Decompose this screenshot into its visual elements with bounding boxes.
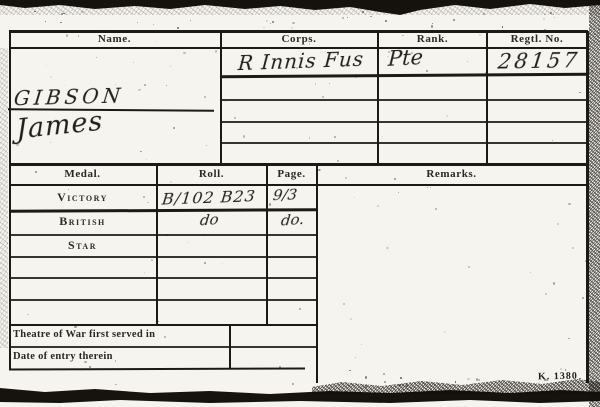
speckle-dot: [552, 140, 553, 141]
victory-page-handwritten: 9/3: [272, 186, 298, 205]
rank-handwritten: Pte: [387, 45, 423, 71]
speckle-dot: [151, 259, 153, 261]
column-divider-corps-rank: [377, 31, 379, 165]
column-divider-page-remarks: [316, 165, 318, 383]
speckle-dot: [384, 381, 386, 383]
speckle-dot: [545, 293, 547, 295]
speckle-dot: [435, 208, 437, 210]
speckle-dot: [343, 303, 345, 305]
rule-line: [9, 256, 318, 258]
speckle-dot: [560, 368, 562, 370]
speckle-dot: [582, 297, 584, 299]
british-roll-ditto-handwritten: do: [199, 210, 220, 229]
victory-roll-handwritten: B/102 B23: [161, 186, 257, 208]
speckle-dot: [138, 89, 140, 91]
rule-line: [9, 367, 305, 370]
name-column-header: Name.: [9, 33, 220, 46]
corps-column-header: Corps.: [221, 33, 377, 46]
speckle-dot: [146, 159, 147, 160]
speckle-dot: [272, 21, 275, 24]
speckle-dot: [183, 52, 186, 55]
speckle-dot: [133, 62, 135, 64]
speckle-dot: [568, 338, 570, 340]
rule-line: [221, 99, 587, 101]
speckle-dot: [430, 187, 431, 188]
speckle-dot: [467, 378, 469, 380]
rule-line: [9, 346, 318, 348]
speckle-dot: [299, 308, 302, 311]
speckle-dot: [315, 83, 317, 85]
corps-handwritten: R Innis Fus: [237, 47, 365, 75]
speckle-dot: [27, 314, 29, 316]
speckle-dot: [309, 137, 310, 138]
speckle-dot: [50, 76, 52, 78]
column-divider-medal-roll: [156, 165, 158, 325]
rule-line: [9, 324, 318, 326]
speckle-dot: [385, 20, 387, 22]
speckle-dot: [140, 89, 141, 90]
regtl-no-column-header: Regtl. No.: [488, 33, 586, 46]
speckle-dot: [337, 160, 339, 162]
speckle-dot: [354, 197, 355, 198]
speckle-dot: [386, 247, 388, 249]
speckle-dot: [579, 378, 581, 380]
speckle-dot: [50, 142, 51, 143]
speckle-dot: [361, 344, 362, 345]
column-divider-name-corps: [220, 31, 222, 165]
speckle-dot: [188, 242, 189, 243]
speckle-dot: [204, 262, 206, 264]
column-divider-roll-page: [266, 165, 268, 325]
rule-line: [9, 277, 318, 279]
surname-handwritten: GIBSON: [13, 84, 126, 111]
speckle-dot: [502, 26, 503, 27]
speckle-dot: [543, 18, 545, 20]
rule-line: [221, 121, 587, 123]
rule-line: [9, 234, 318, 236]
speckle-dot: [478, 379, 480, 381]
speckle-dot: [426, 70, 428, 72]
speckle-dot: [329, 83, 330, 84]
speckle-dot: [74, 326, 76, 328]
medal-row-label-victory: Victory: [9, 190, 156, 205]
date-of-entry-label: Date of entry therein: [13, 351, 113, 362]
speckle-dot: [383, 373, 385, 375]
speckle-dot: [270, 23, 271, 24]
speckle-dot: [46, 65, 47, 66]
scan-noise-right-edge: [589, 0, 600, 407]
speckle-dot: [432, 23, 433, 24]
roll-column-header: Roll.: [157, 168, 266, 181]
medal-row-label-british: British: [9, 214, 156, 229]
rule-line: [221, 142, 587, 144]
speckle-dot: [455, 381, 457, 383]
speckle-dot: [476, 378, 479, 381]
speckle-dot: [444, 331, 446, 333]
page-column-header: Page.: [267, 168, 316, 181]
rule-line: [9, 299, 318, 301]
speckle-dot: [400, 377, 402, 379]
medal-row-label-star: Star: [9, 238, 156, 253]
speckle-dot: [291, 27, 293, 29]
speckle-dot: [382, 136, 383, 137]
speckle-dot: [568, 203, 571, 206]
speckle-dot: [206, 145, 207, 146]
speckle-dot: [370, 16, 372, 18]
british-page-ditto-handwritten: do.: [280, 210, 305, 230]
medal-header-underline: [9, 184, 588, 186]
speckle-dot: [243, 135, 245, 137]
speckle-dot: [153, 24, 155, 26]
speckle-dot: [60, 22, 62, 24]
speckle-dot: [177, 27, 179, 29]
speckle-dot: [140, 151, 141, 152]
speckle-dot: [263, 27, 265, 29]
speckle-dot: [234, 117, 236, 119]
speckle-dot: [45, 21, 46, 22]
speckle-dot: [427, 187, 428, 188]
forename-handwritten: James: [16, 105, 104, 145]
speckle-dot: [173, 127, 175, 129]
speckle-dot: [431, 25, 433, 27]
speckle-dot: [467, 61, 468, 62]
rank-column-header: Rank.: [379, 33, 486, 46]
speckle-dot: [453, 19, 455, 21]
scan-noise-top-fuzz: [0, 3, 600, 15]
speckle-dot: [115, 384, 116, 385]
speckle-dot: [292, 22, 295, 25]
regtl-no-handwritten: 28157: [497, 48, 582, 73]
section-divider: [9, 163, 588, 166]
speckle-dot: [115, 360, 117, 362]
theatre-of-war-label: Theatre of War first served in: [13, 329, 155, 340]
speckle-dot: [355, 357, 356, 358]
speckle-dot: [144, 272, 145, 273]
scan-noise-left-edge: [0, 48, 8, 348]
speckle-dot: [164, 336, 166, 338]
speckle-dot: [365, 376, 367, 378]
speckle-dot: [292, 383, 294, 385]
rule-line: [9, 208, 318, 213]
speckle-dot: [349, 370, 350, 371]
speckle-dot: [554, 17, 555, 18]
speckle-dot: [166, 85, 167, 86]
speckle-dot: [144, 84, 146, 86]
speckle-dot: [170, 181, 172, 183]
speckle-dot: [322, 96, 324, 98]
speckle-dot: [266, 20, 268, 22]
remarks-column-header: Remarks.: [317, 168, 586, 181]
speckle-dot: [190, 20, 191, 21]
speckle-dot: [377, 205, 379, 207]
speckle-dot: [398, 192, 399, 193]
speckle-dot: [579, 92, 581, 94]
speckle-dot: [96, 57, 97, 58]
medal-column-header: Medal.: [9, 168, 156, 181]
speckle-dot: [222, 263, 223, 264]
speckle-dot: [350, 318, 352, 320]
speckle-dot: [347, 17, 349, 19]
speckle-dot: [468, 266, 470, 268]
medal-index-card-scan: Name. Corps. Rank. Regtl. No. Medal. Rol…: [0, 0, 600, 407]
speckle-dot: [553, 282, 556, 285]
speckle-dot: [204, 96, 206, 98]
column-divider-theatre-value: [229, 325, 231, 369]
speckle-dot: [137, 22, 138, 23]
speckle-dot: [342, 17, 344, 19]
speckle-dot: [557, 223, 559, 225]
speckle-dot: [215, 50, 217, 52]
speckle-dot: [269, 203, 272, 206]
speckle-dot: [446, 115, 448, 117]
speckle-dot: [170, 66, 172, 68]
speckle-dot: [334, 136, 336, 138]
speckle-dot: [530, 272, 532, 274]
speckle-dot: [572, 247, 574, 249]
column-divider-rank-regtl: [486, 31, 488, 165]
